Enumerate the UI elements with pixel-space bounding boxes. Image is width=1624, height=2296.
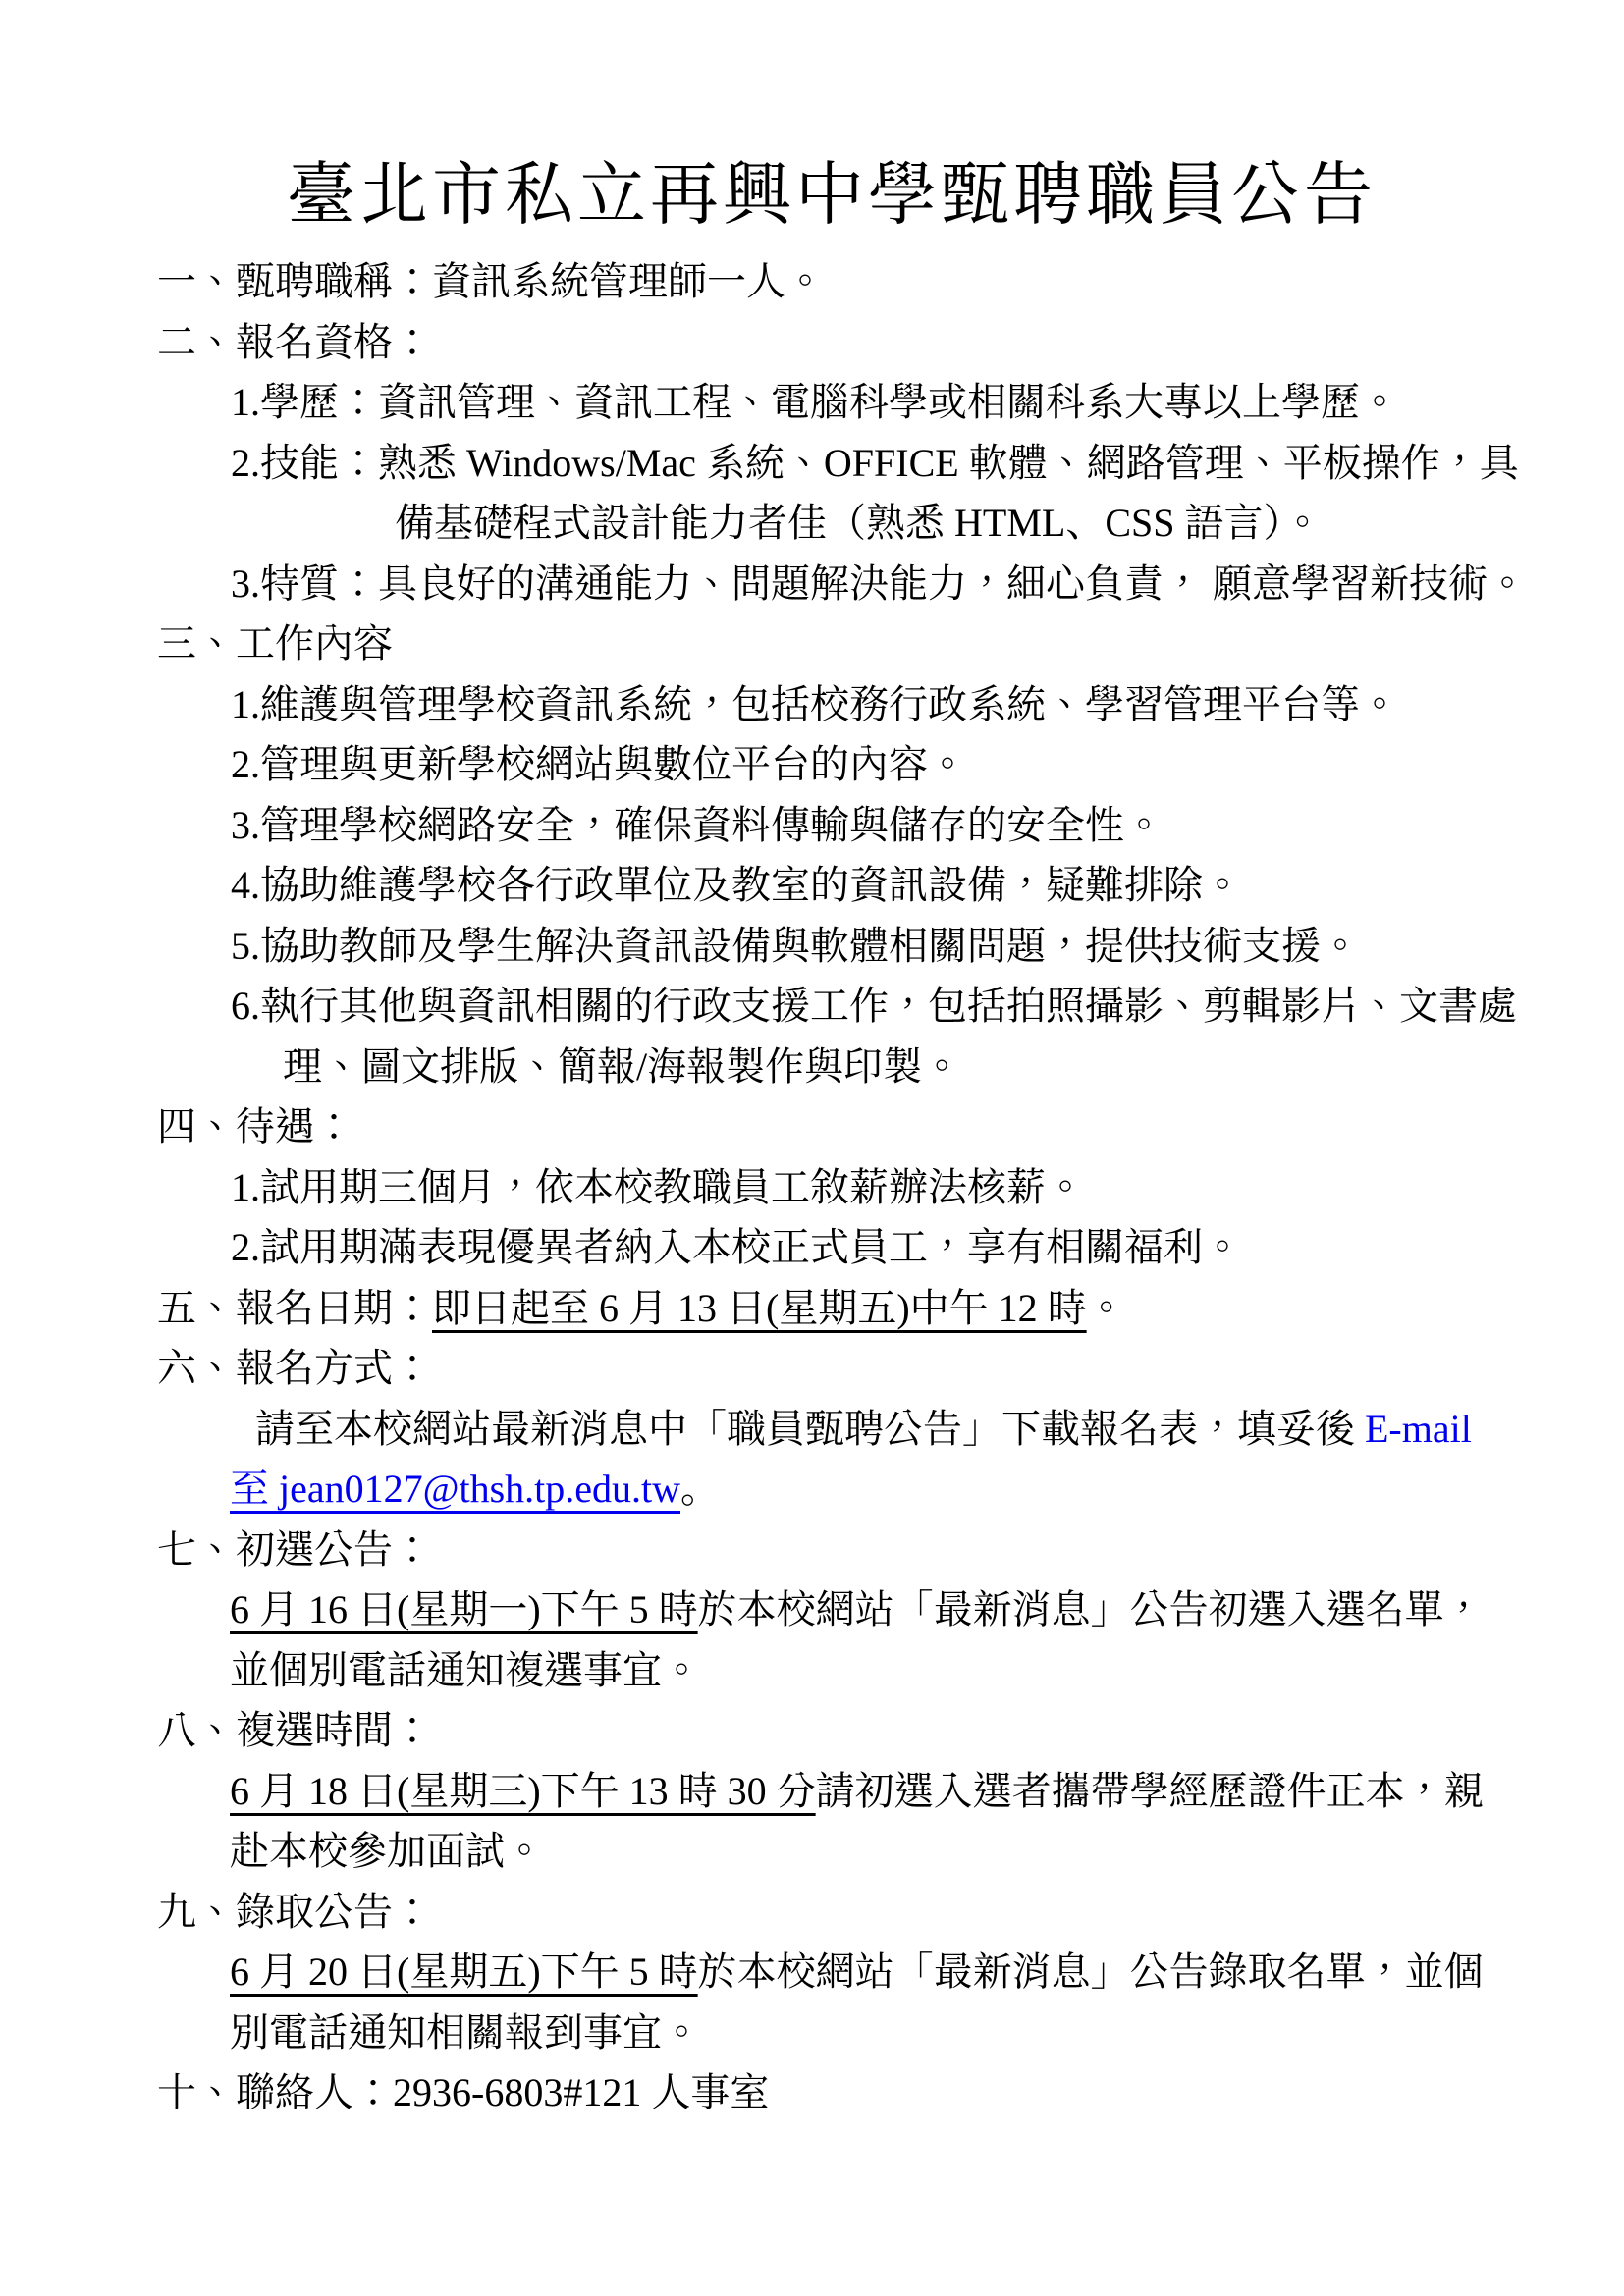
doc-line: 理、圖文排版、簡報/海報製作與印製。: [283, 1037, 1506, 1097]
text-segment: 4.協助維護學校各行政單位及教室的資訊設備，疑難排除。: [231, 863, 1242, 907]
text-segment: 七、初選公告：: [157, 1527, 432, 1572]
doc-line: 二、報名資格：: [157, 312, 1506, 373]
doc-line: 備基礎程式設計能力者佳（熟悉 HTML、CSS 語言）。: [395, 493, 1506, 554]
text-segment: 請初選入選者攜帶學經歷證件正本，親: [816, 1769, 1484, 1813]
underlined-text: 6 月 20 日(星期五)下午 5 時: [230, 1949, 698, 1994]
doc-line: 赴本校參加面試。: [230, 1821, 1506, 1882]
text-segment: 五、報名日期：: [157, 1286, 432, 1330]
underlined-text: 6 月 16 日(星期一)下午 5 時: [230, 1587, 698, 1631]
document-page: 臺北市私立再興中學甄聘職員公告 一、甄聘職稱：資訊系統管理師一人。二、報名資格：…: [0, 0, 1624, 2296]
text-segment: 請至本校網站最新消息中「職員甄聘公告」下載報名表，填妥後: [255, 1407, 1365, 1451]
doc-line: 1.試用期三個月，依本校教職員工敘薪辦法核薪。: [231, 1157, 1506, 1218]
doc-line: 1.維護與管理學校資訊系統，包括校務行政系統、學習管理平台等。: [231, 674, 1506, 735]
email-link[interactable]: 至 jean0127@thsh.tp.edu.tw: [230, 1467, 680, 1511]
doc-line: 6 月 18 日(星期三)下午 13 時 30 分請初選入選者攜帶學經歷證件正本…: [230, 1761, 1506, 1822]
doc-line: 2.技能：熟悉 Windows/Mac 系統、OFFICE 軟體、網路管理、平板…: [231, 433, 1506, 494]
document-body: 一、甄聘職稱：資訊系統管理師一人。二、報名資格：1.學歷：資訊管理、資訊工程、電…: [157, 251, 1506, 2123]
doc-line: 2.管理與更新學校網站與數位平台的內容。: [231, 734, 1506, 795]
text-segment: 2.試用期滿表現優異者納入本校正式員工，享有相關福利。: [231, 1225, 1242, 1269]
document-title: 臺北市私立再興中學甄聘職員公告: [157, 147, 1506, 245]
doc-line: 一、甄聘職稱：資訊系統管理師一人。: [157, 251, 1506, 312]
text-segment: 赴本校參加面試。: [230, 1829, 544, 1873]
doc-line: 4.協助維護學校各行政單位及教室的資訊設備，疑難排除。: [231, 855, 1506, 916]
text-segment: 於本校網站「最新消息」公告初選入選名單，: [698, 1587, 1484, 1631]
text-segment: 。: [1087, 1286, 1126, 1330]
text-segment: 1.學歷：資訊管理、資訊工程、電腦科學或相關科系大專以上學歷。: [231, 380, 1399, 424]
doc-line: 八、複選時間：: [157, 1700, 1506, 1761]
text-segment: 1.試用期三個月，依本校教職員工敘薪辦法核薪。: [231, 1165, 1085, 1209]
doc-line: 六、報名方式：: [157, 1338, 1506, 1399]
text-segment: 理、圖文排版、簡報/海報製作與印製。: [283, 1044, 961, 1089]
doc-line: 至 jean0127@thsh.tp.edu.tw。: [230, 1459, 1506, 1520]
link-text: E-mail: [1365, 1407, 1472, 1451]
doc-line: 請至本校網站最新消息中「職員甄聘公告」下載報名表，填妥後 E-mail: [255, 1399, 1506, 1460]
doc-line: 別電話通知相關報到事宜。: [230, 2002, 1506, 2063]
doc-line: 十、聯絡人：2936-6803#121 人事室: [157, 2062, 1506, 2123]
doc-line: 1.學歷：資訊管理、資訊工程、電腦科學或相關科系大專以上學歷。: [231, 372, 1506, 433]
text-segment: 2.管理與更新學校網站與數位平台的內容。: [231, 742, 967, 786]
text-segment: 八、複選時間：: [157, 1708, 432, 1752]
doc-line: 四、待遇：: [157, 1096, 1506, 1157]
text-segment: 5.協助教師及學生解決資訊設備與軟體相關問題，提供技術支援。: [231, 924, 1360, 968]
doc-line: 6 月 16 日(星期一)下午 5 時於本校網站「最新消息」公告初選入選名單，: [230, 1579, 1506, 1640]
doc-line: 九、錄取公告：: [157, 1882, 1506, 1943]
text-segment: 二、報名資格：: [157, 320, 432, 364]
text-segment: 三、工作內容: [157, 621, 393, 666]
doc-line: 6 月 20 日(星期五)下午 5 時於本校網站「最新消息」公告錄取名單，並個: [230, 1942, 1506, 2002]
text-segment: 九、錄取公告：: [157, 1890, 432, 1934]
text-segment: 並個別電話通知複選事宜。: [230, 1648, 701, 1692]
underlined-text: 即日起至 6 月 13 日(星期五)中午 12 時: [432, 1286, 1087, 1330]
text-segment: 別電話通知相關報到事宜。: [230, 2010, 701, 2055]
text-segment: 。: [680, 1467, 720, 1511]
text-segment: 六、報名方式：: [157, 1346, 432, 1390]
doc-line: 6.執行其他與資訊相關的行政支援工作，包括拍照攝影、剪輯影片、文書處: [231, 976, 1506, 1037]
text-segment: 備基礎程式設計能力者佳（熟悉 HTML、CSS 語言）。: [395, 501, 1323, 545]
underlined-text: 6 月 18 日(星期三)下午 13 時 30 分: [230, 1769, 816, 1813]
doc-line: 3.管理學校網路安全，確保資料傳輸與儲存的安全性。: [231, 795, 1506, 856]
text-segment: 2.技能：熟悉 Windows/Mac 系統、OFFICE 軟體、網路管理、平板…: [231, 441, 1519, 485]
doc-line: 5.協助教師及學生解決資訊設備與軟體相關問題，提供技術支援。: [231, 916, 1506, 977]
doc-line: 五、報名日期：即日起至 6 月 13 日(星期五)中午 12 時。: [157, 1278, 1506, 1339]
doc-line: 三、工作內容: [157, 614, 1506, 674]
text-segment: 1.維護與管理學校資訊系統，包括校務行政系統、學習管理平台等。: [231, 682, 1399, 726]
doc-line: 3.特質：具良好的溝通能力、問題解決能力，細心負責， 願意學習新技術。: [231, 554, 1506, 614]
text-segment: 6.執行其他與資訊相關的行政支援工作，包括拍照攝影、剪輯影片、文書處: [231, 984, 1517, 1028]
text-segment: 四、待遇：: [157, 1104, 353, 1148]
doc-line: 2.試用期滿表現優異者納入本校正式員工，享有相關福利。: [231, 1217, 1506, 1278]
text-segment: 於本校網站「最新消息」公告錄取名單，並個: [698, 1949, 1484, 1994]
text-segment: 3.管理學校網路安全，確保資料傳輸與儲存的安全性。: [231, 803, 1164, 847]
text-segment: 3.特質：具良好的溝通能力、問題解決能力，細心負責， 願意學習新技術。: [231, 561, 1527, 606]
text-segment: 一、甄聘職稱：資訊系統管理師一人。: [157, 259, 825, 303]
doc-line: 七、初選公告：: [157, 1520, 1506, 1580]
text-segment: 十、聯絡人：2936-6803#121 人事室: [157, 2070, 769, 2114]
doc-line: 並個別電話通知複選事宜。: [230, 1640, 1506, 1701]
